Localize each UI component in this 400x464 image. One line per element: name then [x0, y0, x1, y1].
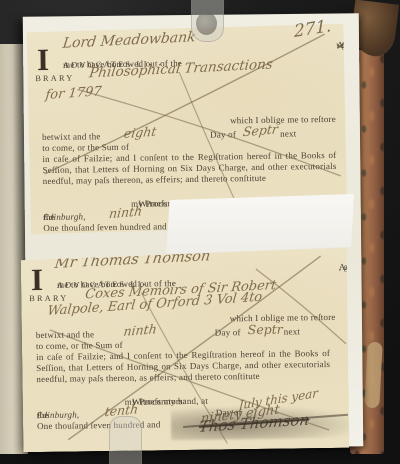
dropcap-initial: I: [37, 44, 50, 75]
betwixt-label: betwixt and the: [36, 329, 95, 341]
failzie-paragraph: in caſe of Failzie; and I conſent to the…: [36, 348, 330, 385]
day-of-label: Day of: [210, 129, 236, 140]
white-paper-overlay: [166, 194, 354, 254]
year-line: One thouſand ſeven hundred and: [37, 419, 161, 432]
bottom-vellum-tab: [109, 416, 142, 464]
failzie-paragraph: in caſe of Failzie; and I conſent to the…: [42, 150, 336, 187]
witness-label: Witneſs my hand, at: [132, 396, 208, 408]
borrow-slip-thomson: I Mr Thomas Thomson Advocate, grant me t…: [21, 248, 350, 453]
the-label: the: [43, 212, 55, 223]
return-day-handwritten: eight: [123, 124, 158, 141]
return-day-handwritten: ninth: [123, 321, 158, 339]
return-month-handwritten: Septr: [242, 121, 279, 139]
oblige-line: which I oblige me to reſtore: [230, 312, 336, 324]
photograph-of-borrowing-register: 271. I Lord Meadowbank Advocate, grant m…: [0, 0, 400, 464]
book-title-line2-handwritten: for 1797: [45, 84, 103, 103]
next-label: next: [280, 128, 296, 139]
next-label: next: [284, 326, 300, 337]
dropcap-initial: I: [31, 264, 44, 295]
signed-day-handwritten: ninth: [108, 203, 143, 221]
betwixt-label: betwixt and the: [42, 131, 101, 143]
the-label: the: [37, 410, 49, 421]
brary-caps: BRARY: [35, 73, 74, 85]
return-month-handwritten: Septr: [248, 322, 283, 337]
borrower-name-handwritten: Lord Meadowbank: [62, 29, 197, 52]
day-of-label: Day of: [215, 327, 241, 338]
top-tab-blob: [196, 12, 217, 35]
